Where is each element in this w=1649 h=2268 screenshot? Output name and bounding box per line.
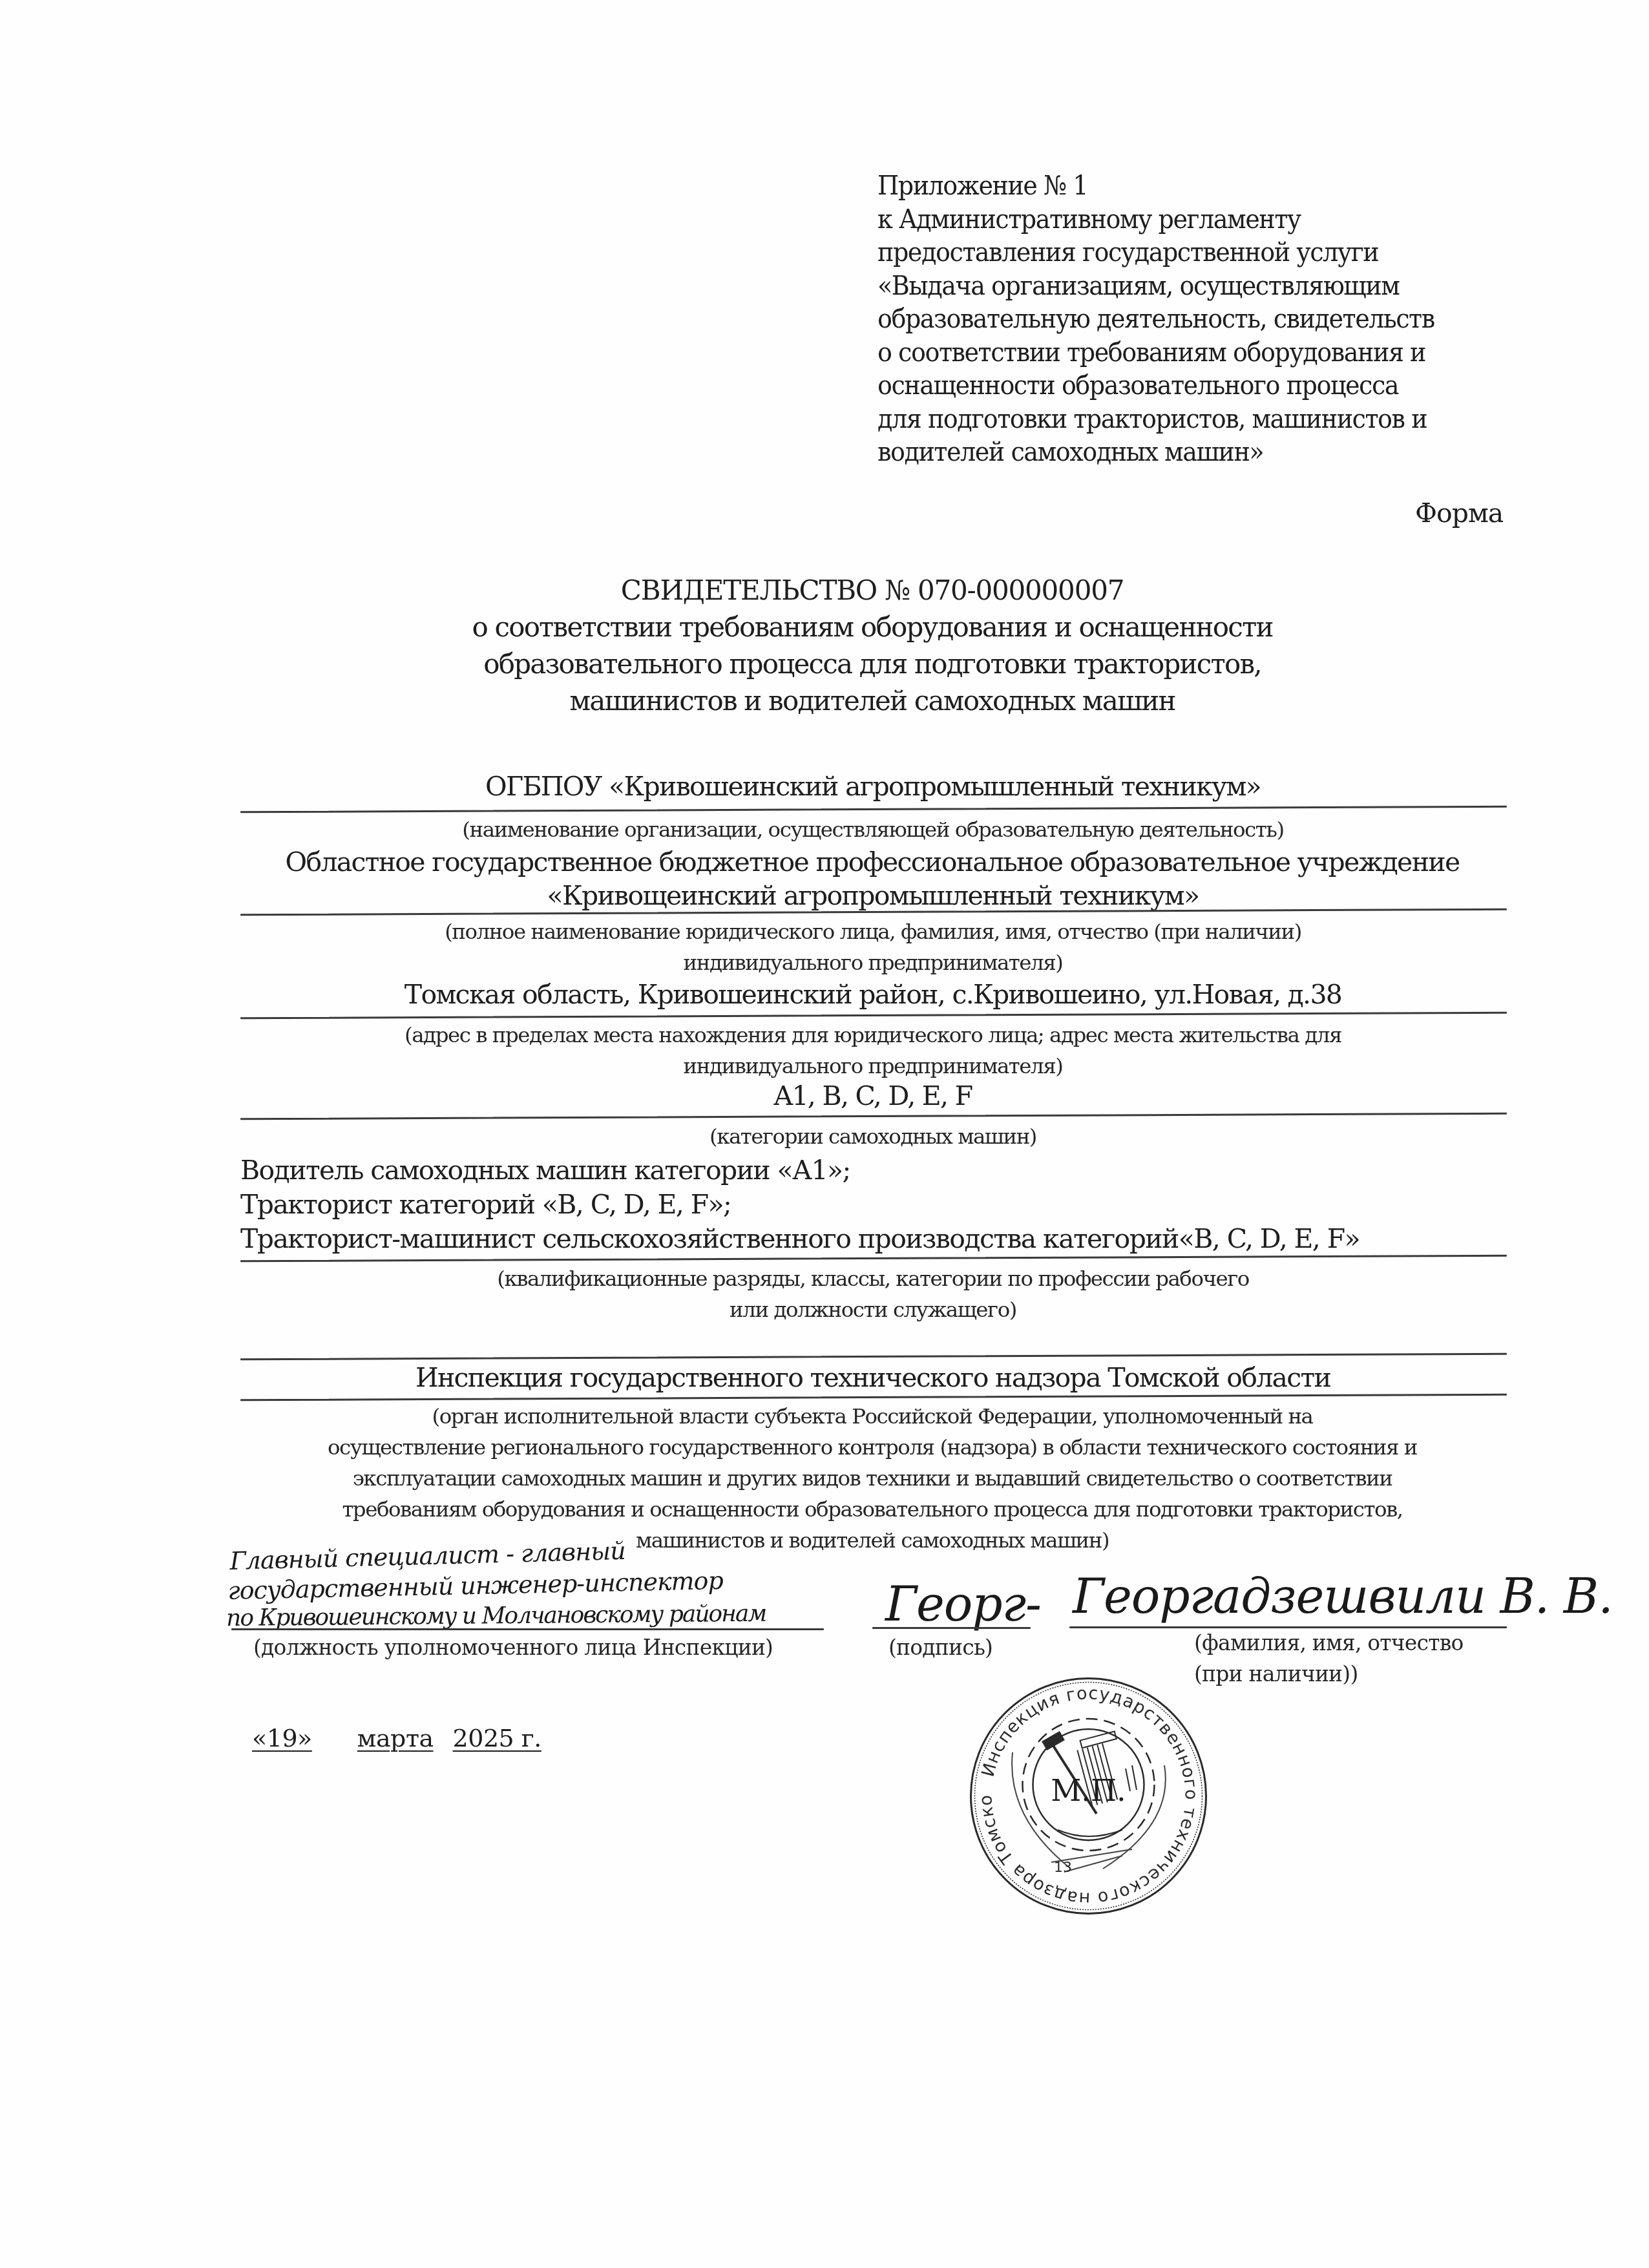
handwritten-position-line: по Кривошеинскому и Молчановскому района… xyxy=(226,1601,766,1632)
categories-rule xyxy=(240,1113,1507,1120)
authority-caption-line: осуществление регионального государствен… xyxy=(233,1432,1512,1463)
qualification-line: Тракторист категорий «B, C, D, E, F»; xyxy=(240,1189,731,1220)
appendix-line: о соответствии требованиям оборудования … xyxy=(877,336,1478,370)
qualifications-caption-line: или должности служащего) xyxy=(239,1294,1507,1325)
qualifications-caption-line: (квалификационные разряды, классы, катег… xyxy=(239,1263,1507,1294)
date-day: «19» xyxy=(252,1724,312,1752)
official-stamp-icon: Инспекция государственного технического … xyxy=(967,1675,1210,1917)
appendix-line: предоставления государственной услуги xyxy=(877,236,1478,269)
appendix-line: образовательную деятельность, свидетельс… xyxy=(877,302,1478,336)
qualification-line: Тракторист-машинист сельскохозяйственног… xyxy=(240,1223,1360,1254)
org-full-name-caption-line: (полное наименование юридического лица, … xyxy=(239,916,1507,947)
certificate-subtitle-line: о соответствии требованиям оборудования … xyxy=(233,609,1512,646)
appendix-line: для подготовки трактористов, машинистов … xyxy=(877,403,1478,436)
blank-rule xyxy=(240,1353,1507,1361)
stamp-number: 13 xyxy=(1054,1860,1072,1876)
appendix-line: Приложение № 1 xyxy=(877,169,1478,203)
position-rule xyxy=(231,1628,824,1630)
name-rule xyxy=(1069,1626,1507,1628)
authority-value: Инспекция государственного технического … xyxy=(239,1362,1507,1393)
certificate-subtitle-line: машинистов и водителей самоходных машин xyxy=(233,682,1512,719)
address-caption-line: индивидуального предпринимателя) xyxy=(239,1051,1507,1082)
name-caption-line: (фамилия, имя, отчество xyxy=(1194,1630,1464,1655)
certificate-title: СВИДЕТЕЛЬСТВО № 070-000000007 xyxy=(233,572,1512,609)
stamp-center-label: М.П. xyxy=(1051,1773,1126,1808)
position-caption: (должность уполномоченного лица Инспекци… xyxy=(253,1635,773,1660)
address-caption-line: (адрес в пределах места нахождения для ю… xyxy=(239,1020,1507,1051)
org-short-name-value: ОГБПОУ «Кривошеинский агропромышленный т… xyxy=(239,771,1507,802)
address-rule xyxy=(240,1012,1507,1020)
signature-rule xyxy=(872,1627,1031,1629)
name-caption-line: (при наличии)) xyxy=(1194,1661,1358,1686)
categories-caption: (категории самоходных машин) xyxy=(239,1121,1507,1152)
authority-rule xyxy=(240,1394,1507,1402)
handwritten-name: Георгадзешвили В. В. xyxy=(1073,1569,1613,1624)
org-full-name-value-line: Областное государственное бюджетное проф… xyxy=(233,846,1512,877)
org-short-name-rule xyxy=(240,806,1507,814)
date-month: марта xyxy=(357,1724,434,1752)
form-label: Форма xyxy=(1415,498,1503,529)
appendix-line: «Выдача организациям, осуществляющим xyxy=(877,269,1478,303)
address-value: Томская область, Кривошеинский район, с.… xyxy=(239,979,1507,1010)
signature-mark: Георг- xyxy=(885,1577,1041,1632)
document-page: Приложение № 1 к Административному регла… xyxy=(0,0,1649,2268)
org-full-name-value-line: «Кривощеинский агропромышленный техникум… xyxy=(239,880,1507,911)
signature-caption: (подпись) xyxy=(888,1635,993,1660)
issue-date: «19»марта2025 г. xyxy=(252,1724,541,1752)
appendix-header: Приложение № 1 к Административному регла… xyxy=(877,169,1524,469)
appendix-line: водителей самоходных машин» xyxy=(877,436,1478,469)
org-full-name-caption-line: индивидуального предпринимателя) xyxy=(239,947,1507,978)
qualification-line: Водитель самоходных машин категории «А1»… xyxy=(240,1155,850,1186)
appendix-line: к Административному регламенту xyxy=(877,203,1478,236)
categories-value: A1, B, C, D, E, F xyxy=(239,1080,1507,1111)
qualifications-rule xyxy=(240,1255,1507,1263)
org-short-name-caption: (наименование организации, осуществляюще… xyxy=(239,814,1507,845)
authority-caption-line: эксплуатации самоходных машин и других в… xyxy=(233,1463,1512,1494)
certificate-subtitle-line: образовательного процесса для подготовки… xyxy=(233,646,1512,682)
appendix-line: оснащенности образовательного процесса xyxy=(877,369,1478,403)
certificate-title-block: СВИДЕТЕЛЬСТВО № 070-000000007 о соответс… xyxy=(233,572,1512,719)
authority-caption-line: требованиям оборудования и оснащенности … xyxy=(233,1494,1512,1525)
date-year: 2025 г. xyxy=(453,1724,541,1752)
authority-caption-line: (орган исполнительной власти субъекта Ро… xyxy=(233,1401,1512,1432)
